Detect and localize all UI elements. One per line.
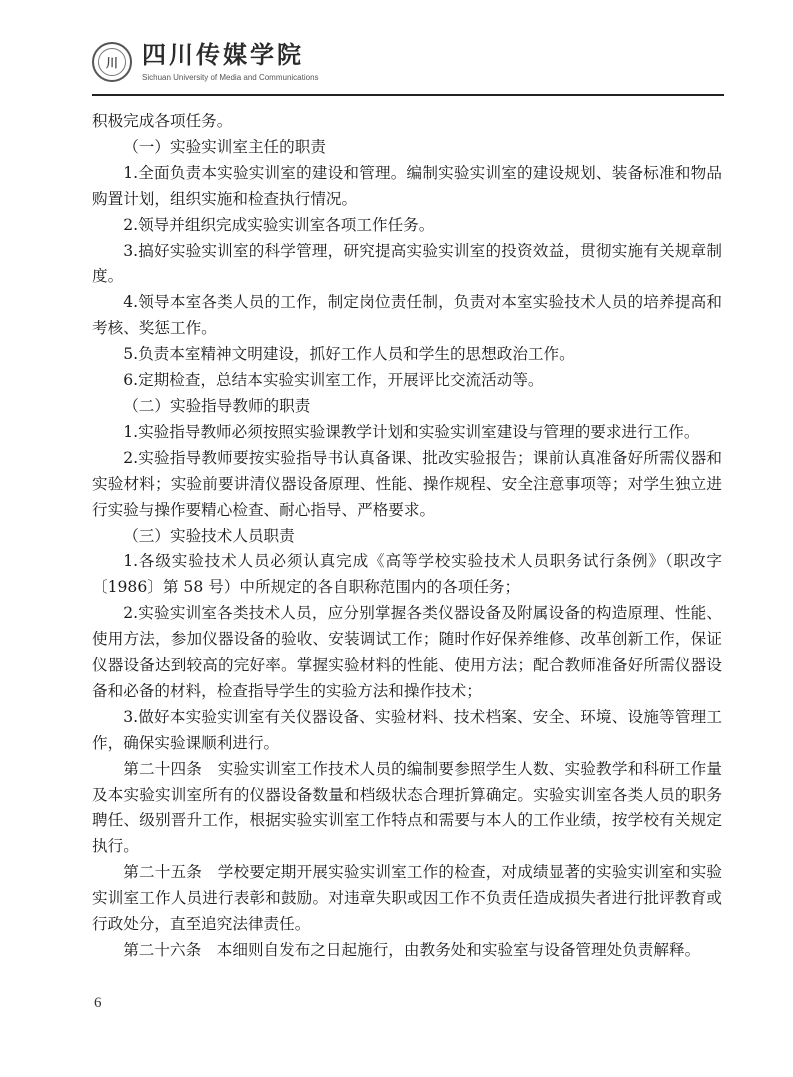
paragraph: 1.实验指导教师必须按照实验课教学计划和实验实训室建设与管理的要求进行工作。	[92, 420, 722, 446]
paragraph: 1.各级实验技术人员必须认真完成《高等学校实验技术人员职务试行条例》（职改字〔1…	[92, 549, 722, 601]
paragraph: 3.做好本实验实训室有关仪器设备、实验材料、技术档案、安全、环境、设施等管理工作…	[92, 705, 722, 757]
paragraph: 2.实验指导教师要按实验指导书认真备课、批改实验报告；课前认真准备好所需仪器和实…	[92, 446, 722, 524]
article-26: 第二十六条 本细则自发布之日起施行，由教务处和实验室与设备管理处负责解释。	[92, 938, 722, 964]
logo-emblem: 川	[98, 48, 126, 76]
paragraph: 3.搞好实验实训室的科学管理，研究提高实验实训室的投资效益，贯彻实施有关规章制度…	[92, 239, 722, 291]
paragraph: 积极完成各项任务。	[92, 109, 722, 135]
paragraph: 2.实验实训室各类技术人员，应分别掌握各类仪器设备及附属设备的构造原理、性能、使…	[92, 601, 722, 705]
page-header: 川 四川传媒学院 Sichuan University of Media and…	[92, 40, 722, 92]
paragraph: 6.定期检查，总结本实验实训室工作，开展评比交流活动等。	[92, 368, 722, 394]
paragraph: 1.全面负责本实验实训室的建设和管理。编制实验实训室的建设规划、装备标准和物品购…	[92, 161, 722, 213]
section-heading-technician: （三）实验技术人员职责	[92, 524, 722, 550]
paragraph: 4.领导本室各类人员的工作，制定岗位责任制，负责对本室实验技术人员的培养提高和考…	[92, 290, 722, 342]
document-body: 积极完成各项任务。 （一）实验实训室主任的职责 1.全面负责本实验实训室的建设和…	[92, 109, 722, 964]
section-heading-director: （一）实验实训室主任的职责	[92, 135, 722, 161]
school-name-cn: 四川传媒学院	[142, 40, 304, 70]
page-number: 6	[94, 995, 102, 1012]
school-logo-icon: 川	[92, 42, 132, 82]
school-name-en: Sichuan University of Media and Communic…	[142, 73, 319, 82]
article-25: 第二十五条 学校要定期开展实验实训室工作的检查，对成绩显著的实验实训室和实验实训…	[92, 860, 722, 938]
article-24: 第二十四条 实验实训室工作技术人员的编制要参照学生人数、实验教学和科研工作量及本…	[92, 757, 722, 861]
section-heading-instructor: （二）实验指导教师的职责	[92, 394, 722, 420]
paragraph: 5.负责本室精神文明建设，抓好工作人员和学生的思想政治工作。	[92, 342, 722, 368]
header-divider	[92, 94, 724, 96]
paragraph: 2.领导并组织完成实验实训室各项工作任务。	[92, 213, 722, 239]
